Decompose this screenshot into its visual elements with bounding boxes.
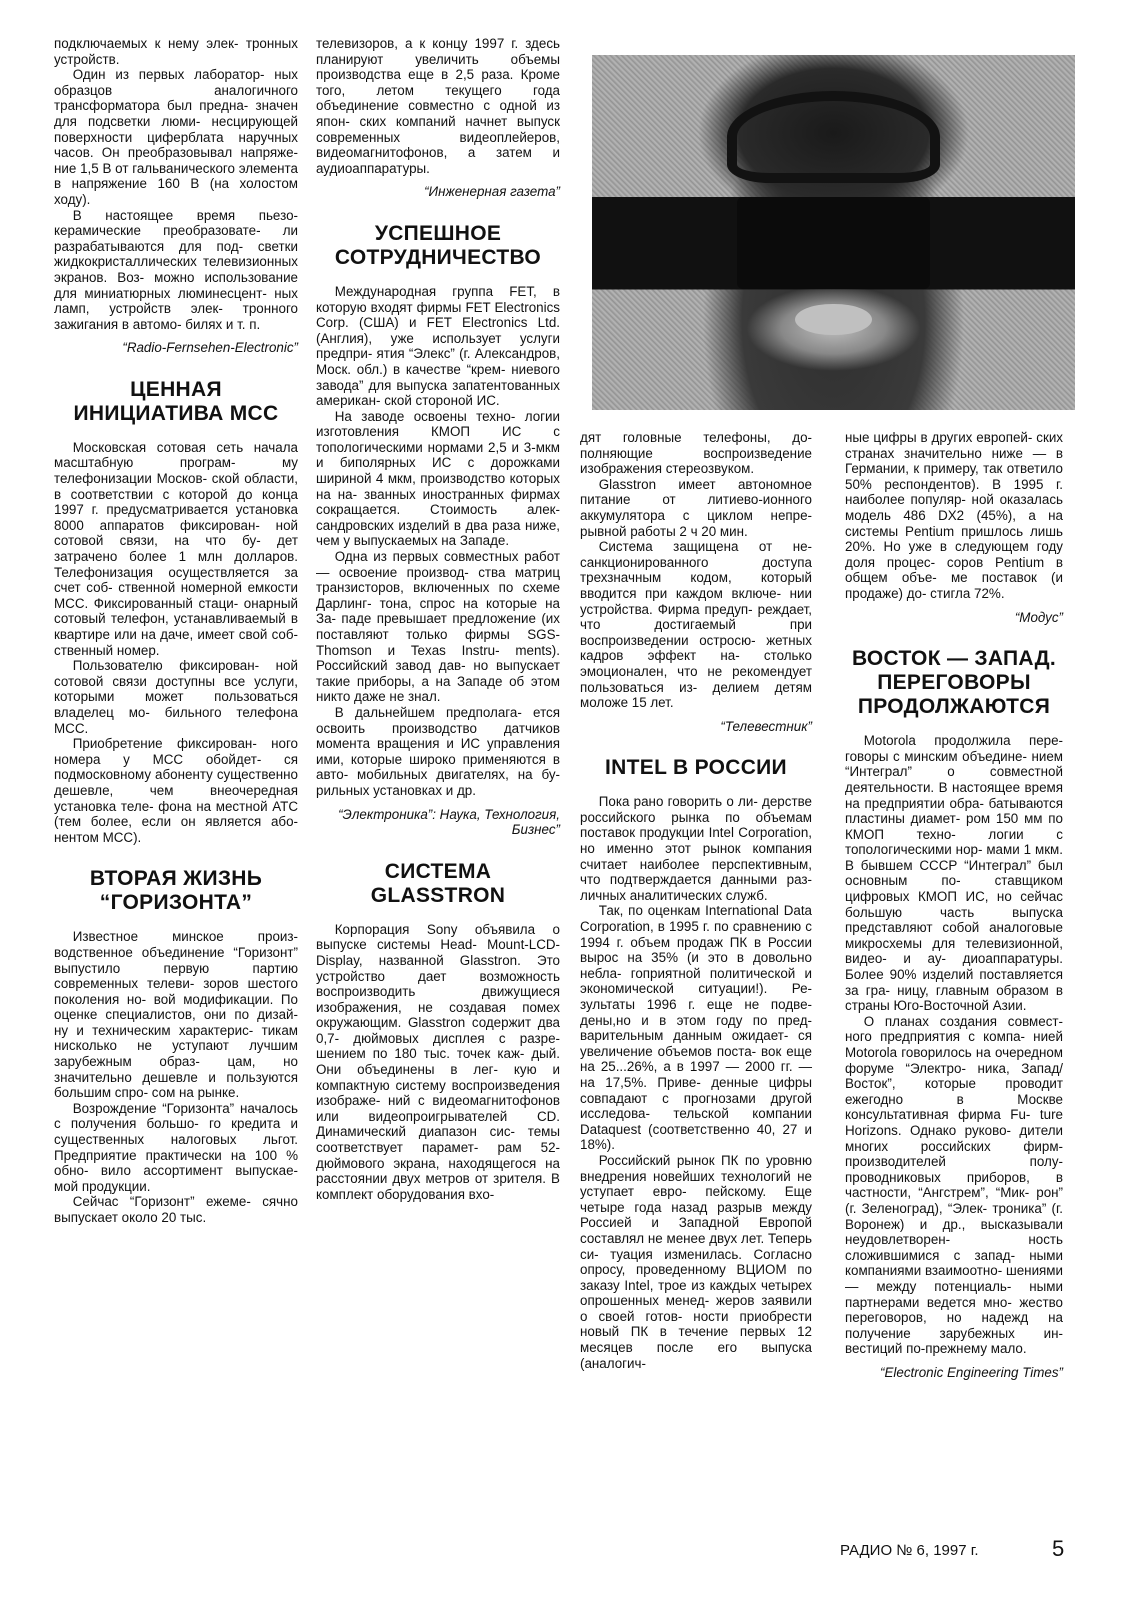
journal-footer: РАДИО № 6, 1997 г. bbox=[840, 1542, 979, 1559]
paragraph: Так, по оценкам International Data Corpo… bbox=[580, 903, 812, 1153]
paragraph: Московская сотовая сеть начала масштабну… bbox=[54, 440, 298, 658]
column-3: дят головные телефоны, до- полняющие вос… bbox=[580, 430, 812, 1371]
article-source: “Модус” bbox=[845, 610, 1063, 626]
paragraph: дят головные телефоны, до- полняющие вос… bbox=[580, 430, 812, 477]
paragraph: В настоящее время пьезо- керамические пр… bbox=[54, 208, 298, 333]
article-heading: ВОСТОК — ЗАПАД. ПЕРЕГОВОРЫ ПРОДОЛЖАЮТСЯ bbox=[845, 647, 1063, 719]
article-heading: УСПЕШНОЕ СОТРУДНИЧЕСТВО bbox=[316, 222, 560, 270]
headband-shape bbox=[727, 91, 940, 183]
column-2: телевизоров, а к концу 1997 г. здесь пла… bbox=[316, 36, 560, 1202]
paragraph: Приобретение фиксирован- ного номера у М… bbox=[54, 736, 298, 845]
paragraph: телевизоров, а к концу 1997 г. здесь пла… bbox=[316, 36, 560, 176]
column-4: ные цифры в других европей- ских странах… bbox=[845, 430, 1063, 1380]
paragraph: В дальнейшем предполага- ется освоить пр… bbox=[316, 705, 560, 799]
article-source: “Телевестник” bbox=[580, 719, 812, 735]
page-number: 5 bbox=[1052, 1536, 1064, 1562]
paragraph: Glasstron имеет автономное питание от ли… bbox=[580, 477, 812, 539]
article-source: “Инженерная газета” bbox=[316, 184, 560, 200]
paragraph: Система защищена от не- санкционированно… bbox=[580, 539, 812, 711]
column-1: подключаемых к нему элек- тронных устрой… bbox=[54, 36, 298, 1226]
article-heading: СИСТЕМА GLASSTRON bbox=[316, 860, 560, 908]
paragraph: Российский рынок ПК по уровню внедрения … bbox=[580, 1153, 812, 1371]
paragraph: Возрождение “Горизонта” началось с получ… bbox=[54, 1101, 298, 1195]
paragraph: ные цифры в других европей- ских странах… bbox=[845, 430, 1063, 602]
article-source: “Electronic Engineering Times” bbox=[845, 1365, 1063, 1381]
paragraph: Международная группа FET, в которую вход… bbox=[316, 284, 560, 409]
paragraph: Motorola продолжила пере- говоры с минск… bbox=[845, 733, 1063, 1014]
paragraph: Известное минское произ- водственное объ… bbox=[54, 929, 298, 1101]
paragraph: Сейчас “Горизонт” ежеме- сячно выпускает… bbox=[54, 1194, 298, 1225]
paragraph: Один из первых лаборатор- ных образцов а… bbox=[54, 67, 298, 207]
mouth-shape bbox=[795, 304, 872, 336]
article-source: “Radio-Fernsehen-Electronic” bbox=[54, 340, 298, 356]
paragraph: Пользователю фиксирован- ной сотовой свя… bbox=[54, 658, 298, 736]
paragraph: О планах создания совмест- ного предприя… bbox=[845, 1014, 1063, 1357]
paragraph: Корпорация Sony объявила о выпуске систе… bbox=[316, 922, 560, 1203]
paragraph: На заводе освоены техно- логии изготовле… bbox=[316, 409, 560, 549]
paragraph: Пока рано говорить о ли- дерстве российс… bbox=[580, 794, 812, 903]
paragraph: подключаемых к нему элек- тронных устрой… bbox=[54, 36, 298, 67]
article-heading: INTEL В РОССИИ bbox=[580, 756, 812, 780]
visor-shape bbox=[737, 197, 930, 289]
article-source: “Электроника”: Наука, Технология, Бизнес… bbox=[316, 807, 560, 838]
glasstron-photo bbox=[592, 55, 1075, 410]
paragraph: Одна из первых совместных работ — освоен… bbox=[316, 549, 560, 705]
article-heading: ВТОРАЯ ЖИЗНЬ “ГОРИЗОНТА” bbox=[54, 867, 298, 915]
article-heading: ЦЕННАЯ ИНИЦИАТИВА МСС bbox=[54, 378, 298, 426]
